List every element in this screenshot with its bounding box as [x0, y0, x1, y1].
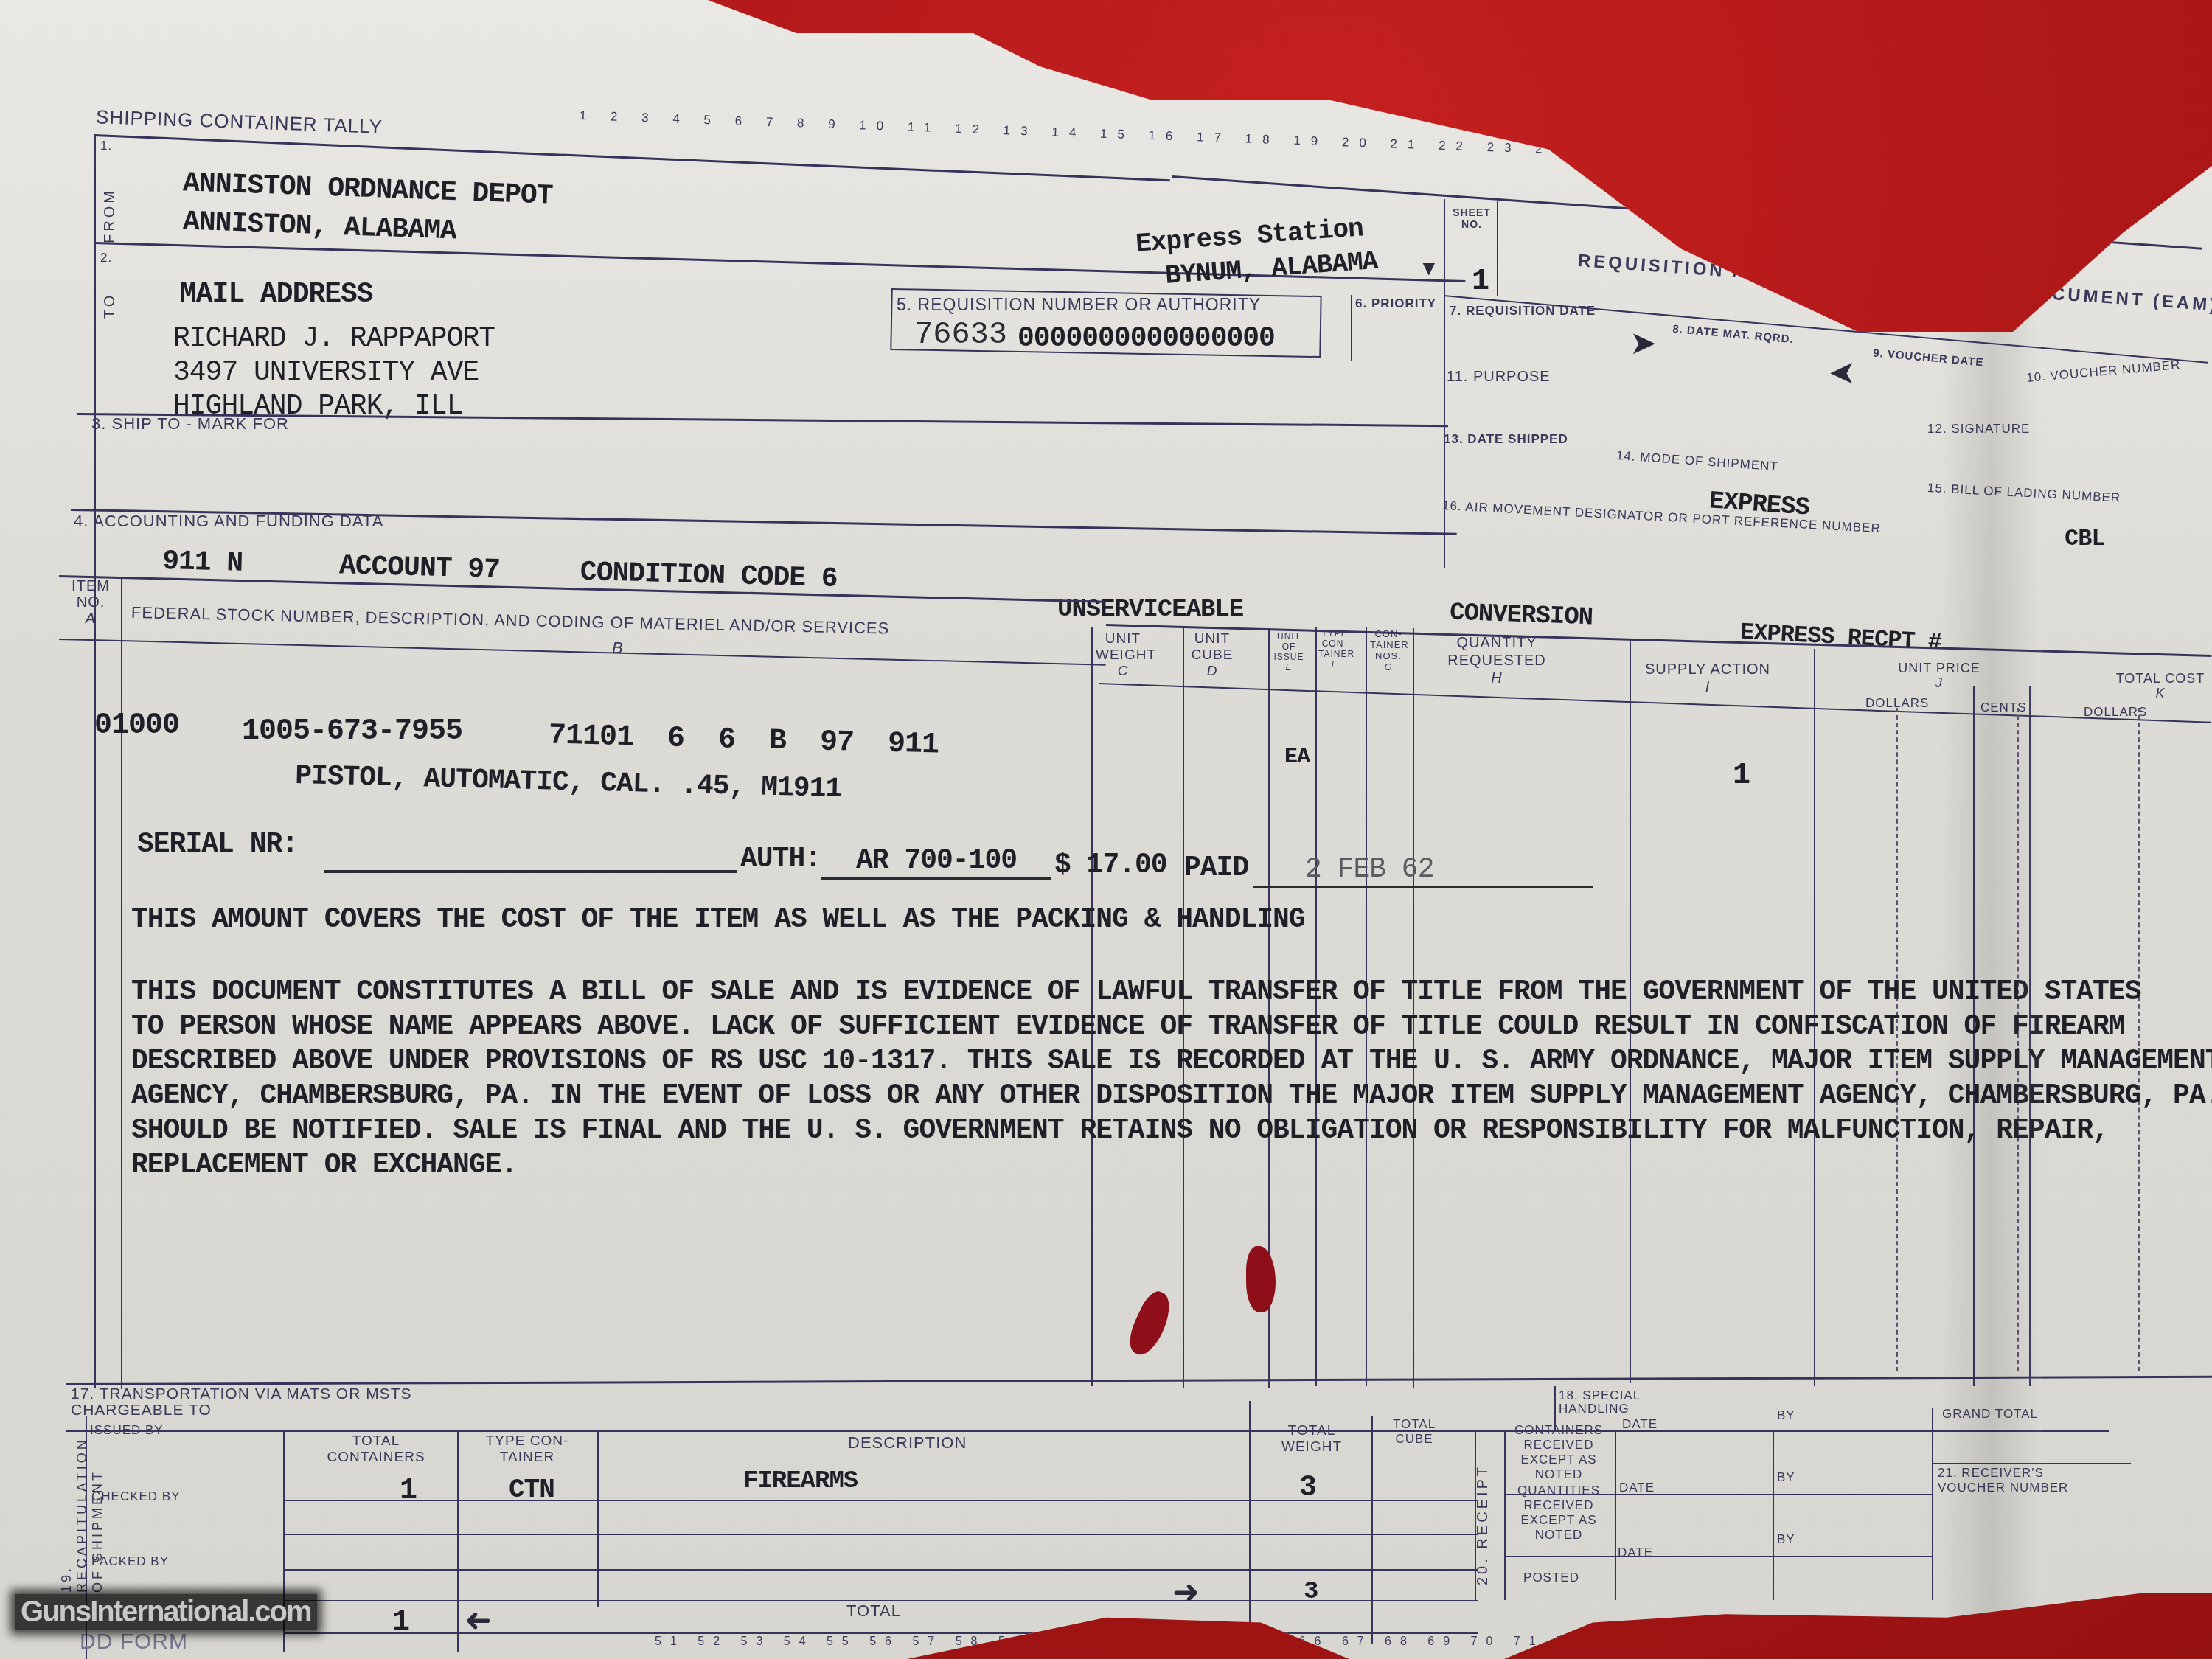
to-street: 3497 UNIVERSITY AVE	[173, 357, 479, 389]
row-coding: 71101 6 6 B 97 911	[549, 720, 939, 762]
triangle-down-icon: ▼	[1419, 257, 1439, 280]
col-unit-price-code: j	[1935, 675, 1943, 690]
form-footer: DD FORM	[80, 1630, 188, 1655]
from-number: 1.	[100, 139, 112, 153]
voucher-number-label: 10. VOUCHER NUMBER	[2026, 358, 2182, 386]
total-cube-label: TOTAL CUBE	[1385, 1417, 1444, 1447]
ship-to-label: 3. SHIP TO - MARK FOR	[91, 414, 289, 434]
paper-tear	[1123, 1287, 1178, 1360]
legal-line: AGENCY, CHAMBERSBURG, PA. IN THE EVENT O…	[131, 1079, 2196, 1113]
legal-text: THIS DOCUMENT CONSTITUTES A BILL OF SALE…	[131, 975, 2196, 1183]
col-description-label: FEDERAL STOCK NUMBER, DESCRIPTION, AND C…	[131, 603, 890, 639]
price-cents-label: CENTS	[1980, 700, 2027, 715]
row-line	[283, 1500, 1478, 1501]
quantities-received-label: QUANTITIES RECEIVED EXCEPT AS NOTED	[1507, 1484, 1610, 1543]
col-quantity-requested-label: QUANTITY REQUESTED	[1447, 635, 1545, 669]
arrow-left-icon: ➤	[1829, 354, 1856, 392]
divider	[1371, 1416, 1373, 1644]
containers-received-label: CONTAINERS RECEIVED EXCEPT AS NOTED	[1507, 1423, 1610, 1482]
signature-label: 12. SIGNATURE	[1927, 422, 2030, 437]
arrow-right-icon: ➜	[1172, 1573, 1200, 1611]
date-label: DATE	[1618, 1545, 1653, 1560]
conversion-stamp: CONVERSION	[1449, 599, 1593, 633]
sale-price: $ 17.00	[1054, 849, 1167, 881]
checked-by-label: CHECKED BY	[91, 1489, 181, 1504]
priority-label: 6. PRIORITY	[1355, 296, 1436, 311]
packed-by-label: PACKED BY	[91, 1554, 169, 1569]
col-item-no: ITEM NO.a	[65, 578, 116, 627]
from-line1: ANNISTON ORDNANCE DEPOT	[182, 167, 553, 212]
issued-by-label: ISSUED BY	[90, 1423, 164, 1438]
express-receipt-stamp: EXPRESS RECPT #	[1739, 619, 1942, 656]
total-label: TOTAL	[846, 1601, 901, 1621]
by-label: BY	[1777, 1532, 1795, 1547]
grand-total-label: GRAND TOTAL	[1942, 1407, 2038, 1422]
col-supply-action-label: SUPPLY ACTION	[1645, 661, 1770, 678]
row-supply-action: 1	[1733, 759, 1750, 793]
date-mat-rqrd-label: 8. DATE MAT. RQRD.	[1672, 324, 1795, 346]
sheet-right-divider	[1497, 201, 1498, 296]
priority-divider	[1351, 295, 1352, 361]
divider	[1773, 1430, 1774, 1600]
legal-line: DESCRIBED ABOVE UNDER PROVISIONS OF RS U…	[131, 1044, 2196, 1079]
col-supply-action-code: i	[1705, 679, 1711, 695]
col-container-nos: CON-TAINER NOS.g	[1370, 628, 1407, 672]
to-number: 2.	[100, 251, 112, 265]
bill-of-lading-label: 15. BILL OF LADING NUMBER	[1927, 481, 2121, 506]
col-supply-action: SUPPLY ACTIONi	[1641, 661, 1774, 696]
date-label: DATE	[1622, 1417, 1658, 1432]
col-quantity-requested-code: h	[1491, 670, 1502, 686]
row-stock-number: 1005-673-7955	[242, 715, 462, 748]
accounting-label: 4. ACCOUNTING AND FUNDING DATA	[74, 512, 383, 531]
divider	[66, 1430, 2109, 1432]
col-unit-price: UNIT PRICEj	[1873, 661, 2006, 690]
bottom-section-top	[66, 1376, 2212, 1385]
row-description: FIREARMS	[743, 1467, 858, 1495]
form-left-border	[94, 134, 96, 1388]
col-container-nos-label: CON-TAINER NOS.	[1370, 628, 1409, 661]
serial-label: SERIAL NR:	[137, 829, 298, 860]
col-unit-of-issue-code: e	[1285, 662, 1292, 672]
legal-line: REPLACEMENT OR EXCHANGE.	[131, 1148, 2196, 1183]
row-line	[283, 1569, 1478, 1571]
bill-of-lading-value: CBL	[2065, 525, 2105, 552]
receivers-voucher-label: 21. RECEIVER'S VOUCHER NUMBER	[1938, 1466, 2107, 1495]
voucher-date-label: 9. VOUCHER DATE	[1873, 347, 1984, 369]
col-total-cost-label: TOTAL COST	[2116, 671, 2205, 686]
purpose-label: 11. PURPOSE	[1447, 369, 1551, 386]
arrow-right-icon: ➤	[1630, 324, 1657, 362]
col-unit-price-label: UNIT PRICE	[1898, 661, 1980, 675]
divider	[1615, 1430, 1616, 1600]
paper-tear	[1246, 1246, 1276, 1312]
type-container-label: TYPE CON-TAINER	[472, 1433, 582, 1466]
row-line	[1932, 1463, 2131, 1464]
table-header-bottom	[59, 639, 1106, 666]
auth-label: AUTH:	[740, 844, 821, 875]
total-weight-label: TOTAL WEIGHT	[1279, 1423, 1345, 1455]
date-label: DATE	[1619, 1481, 1655, 1495]
legal-line: TO PERSON WHOSE NAME APPEARS ABOVE. LACK…	[131, 1009, 2196, 1044]
requisition-handwritten: 76633	[914, 317, 1007, 352]
requisition-label: 5. REQUISITION NUMBER OR AUTHORITY	[897, 295, 1261, 315]
total-weight-sum: 3	[1304, 1578, 1318, 1606]
col-total-cost: TOTAL COSTk	[2109, 671, 2212, 700]
row-line	[283, 1534, 1478, 1535]
col-type-container-code: f	[1332, 659, 1338, 669]
divider	[1249, 1401, 1251, 1637]
col-unit-cube-code: d	[1207, 664, 1218, 679]
paid-date: 2 FEB 62	[1253, 854, 1593, 888]
col-total-cost-code: k	[2155, 686, 2165, 700]
col-quantity-requested: QUANTITY REQUESTEDh	[1438, 634, 1556, 687]
row-item-no: 01000	[94, 709, 179, 742]
col-type-container-label: TYPE CON-TAINER	[1318, 628, 1354, 659]
row-unit-of-issue: EA	[1284, 745, 1310, 770]
row-description: PISTOL, AUTOMATIC, CAL. .45, M1911	[295, 760, 842, 805]
by-label: BY	[1777, 1470, 1795, 1485]
from-line2: ANNISTON, ALABAMA	[182, 206, 456, 248]
sheet-label: SHEET NO.	[1451, 206, 1492, 230]
col-unit-of-issue: UNIT OF ISSUEe	[1271, 631, 1307, 672]
by-label: BY	[1777, 1408, 1795, 1423]
col-unit-weight: UNIT WEIGHTc	[1096, 631, 1150, 680]
divider	[457, 1430, 459, 1652]
divider	[1932, 1408, 1933, 1600]
divider	[1504, 1430, 1506, 1600]
row-line	[1504, 1494, 1932, 1495]
arrow-left-icon: ➜	[465, 1601, 492, 1639]
sheet-value: 1	[1472, 265, 1489, 299]
requisition-typed: 0000000000000000	[1018, 323, 1275, 355]
description-label: DESCRIPTION	[848, 1433, 967, 1453]
row-line	[283, 1632, 1478, 1634]
total-containers-sum: 1	[392, 1606, 409, 1639]
requisition-date-label: 7. REQUISITION DATE	[1450, 304, 1596, 319]
col-unit-weight-code: c	[1118, 664, 1129, 679]
auth-value: AR 700-100	[821, 845, 1051, 880]
mode-of-shipment-label: 14. MODE OF SHIPMENT	[1615, 448, 1778, 474]
legal-line: SHOULD BE NOTIFIED. SALE IS FINAL AND TH…	[131, 1113, 2196, 1148]
col-unit-of-issue-label: UNIT OF ISSUE	[1273, 631, 1304, 662]
col-description-code: b	[612, 639, 624, 658]
total-containers-label: TOTAL CONTAINERS	[302, 1433, 450, 1466]
divider	[597, 1430, 599, 1607]
covers-note: THIS AMOUNT COVERS THE COST OF THE ITEM …	[131, 904, 1305, 936]
watermark-logo: GunsInternational.com	[15, 1594, 317, 1630]
from-vertical-label: FROM	[102, 162, 119, 243]
transport-label: 17. TRANSPORTATION VIA MATS OR MSTS CHAR…	[71, 1386, 484, 1419]
serial-value-line	[324, 870, 737, 873]
col-unit-cube-label: UNIT CUBE	[1192, 631, 1234, 663]
to-heading: MAIL ADDRESS	[180, 279, 373, 310]
legal-line: THIS DOCUMENT CONSTITUTES A BILL OF SALE…	[131, 975, 2196, 1009]
col-unit-cube: UNIT CUBEd	[1189, 631, 1236, 680]
special-handling-label: 18. SPECIAL HANDLING	[1559, 1389, 1662, 1416]
receipt-label: 20. RECEIPT	[1475, 1445, 1492, 1585]
posted-label: POSTED	[1507, 1572, 1596, 1584]
col-item-no-label: ITEM NO.	[72, 578, 110, 611]
paid-label: PAID	[1184, 852, 1248, 884]
row-line	[1504, 1556, 1932, 1557]
item-col-divider	[121, 578, 122, 1389]
air-movement-label: 16. AIR MOVEMENT DESIGNATOR OR PORT REFE…	[1441, 498, 1881, 536]
to-vertical-label: TO	[102, 274, 119, 319]
col-unit-weight-label: UNIT WEIGHT	[1096, 631, 1156, 663]
to-name: RICHARD J. RAPPAPORT	[173, 323, 495, 355]
col-type-container: TYPE CON-TAINERf	[1318, 628, 1351, 669]
col-item-no-code: a	[86, 611, 96, 627]
date-shipped-label: 13. DATE SHIPPED	[1444, 432, 1568, 447]
row-total-containers: 1	[400, 1475, 417, 1508]
col-container-nos-code: g	[1384, 661, 1392, 672]
form-title: SHIPPING CONTAINER TALLY	[96, 105, 383, 139]
